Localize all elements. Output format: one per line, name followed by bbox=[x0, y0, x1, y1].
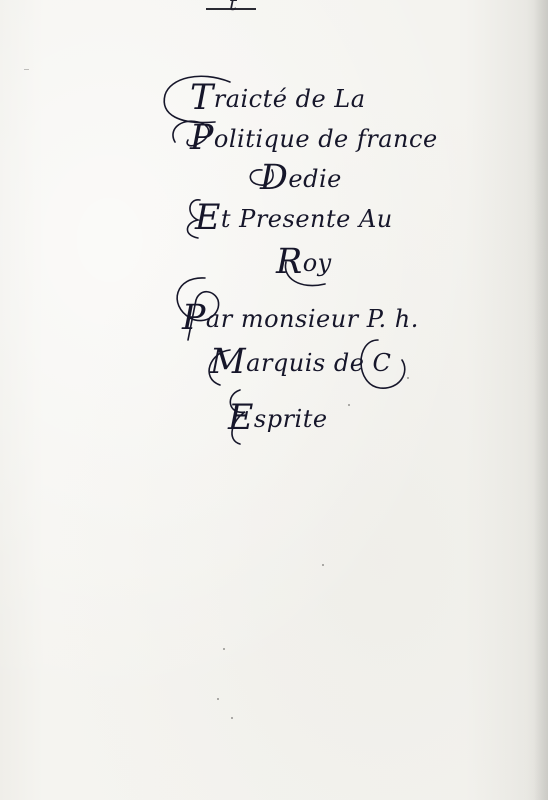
title-line-4-capital: E bbox=[195, 198, 221, 238]
title-line-1-text: raicté de La bbox=[214, 85, 366, 113]
title-line-8-text: sprite bbox=[254, 405, 328, 433]
paper-speck bbox=[322, 564, 324, 566]
paper-speck bbox=[348, 404, 350, 406]
title-line-3-text: edie bbox=[288, 165, 341, 193]
paper-speck bbox=[24, 69, 29, 70]
title-line-2-text: olitique de france bbox=[214, 125, 438, 153]
title-line-5: Roy bbox=[276, 240, 332, 280]
title-line-3: Dedie bbox=[260, 156, 342, 196]
title-line-7-text: arquis de C bbox=[246, 349, 391, 377]
title-line-8: Esprite bbox=[228, 396, 328, 436]
title-line-6: Par monsieur P. h. bbox=[182, 296, 419, 336]
page-edge-shadow bbox=[534, 0, 548, 800]
title-line-3-capital: D bbox=[260, 158, 288, 198]
paper-speck bbox=[231, 717, 233, 719]
title-line-2-capital: P bbox=[190, 118, 214, 158]
paper-speck bbox=[223, 648, 225, 650]
manuscript-page: t Traicté de La Politique de fra bbox=[0, 0, 548, 800]
title-line-5-text: oy bbox=[303, 249, 332, 277]
title-line-4: Et Presente Au bbox=[195, 196, 393, 236]
title-line-6-capital: P bbox=[182, 298, 206, 338]
title-line-1-capital: T bbox=[190, 78, 214, 118]
title-line-5-capital: R bbox=[276, 242, 303, 282]
title-line-8-capital: E bbox=[228, 398, 254, 438]
title-line-2: Politique de france bbox=[190, 116, 438, 156]
title-line-7-capital: M bbox=[210, 342, 246, 382]
page-mark: t bbox=[206, 0, 256, 18]
title-line-7: Marquis de C bbox=[210, 340, 391, 380]
paper-speck bbox=[407, 377, 409, 379]
title-line-4-text: t Presente Au bbox=[221, 205, 393, 233]
title-line-6-text: ar monsieur P. h. bbox=[206, 305, 419, 333]
paper-speck bbox=[217, 698, 219, 700]
page-mark-glyph: t bbox=[229, 0, 237, 15]
title-line-1: Traicté de La bbox=[190, 76, 366, 116]
